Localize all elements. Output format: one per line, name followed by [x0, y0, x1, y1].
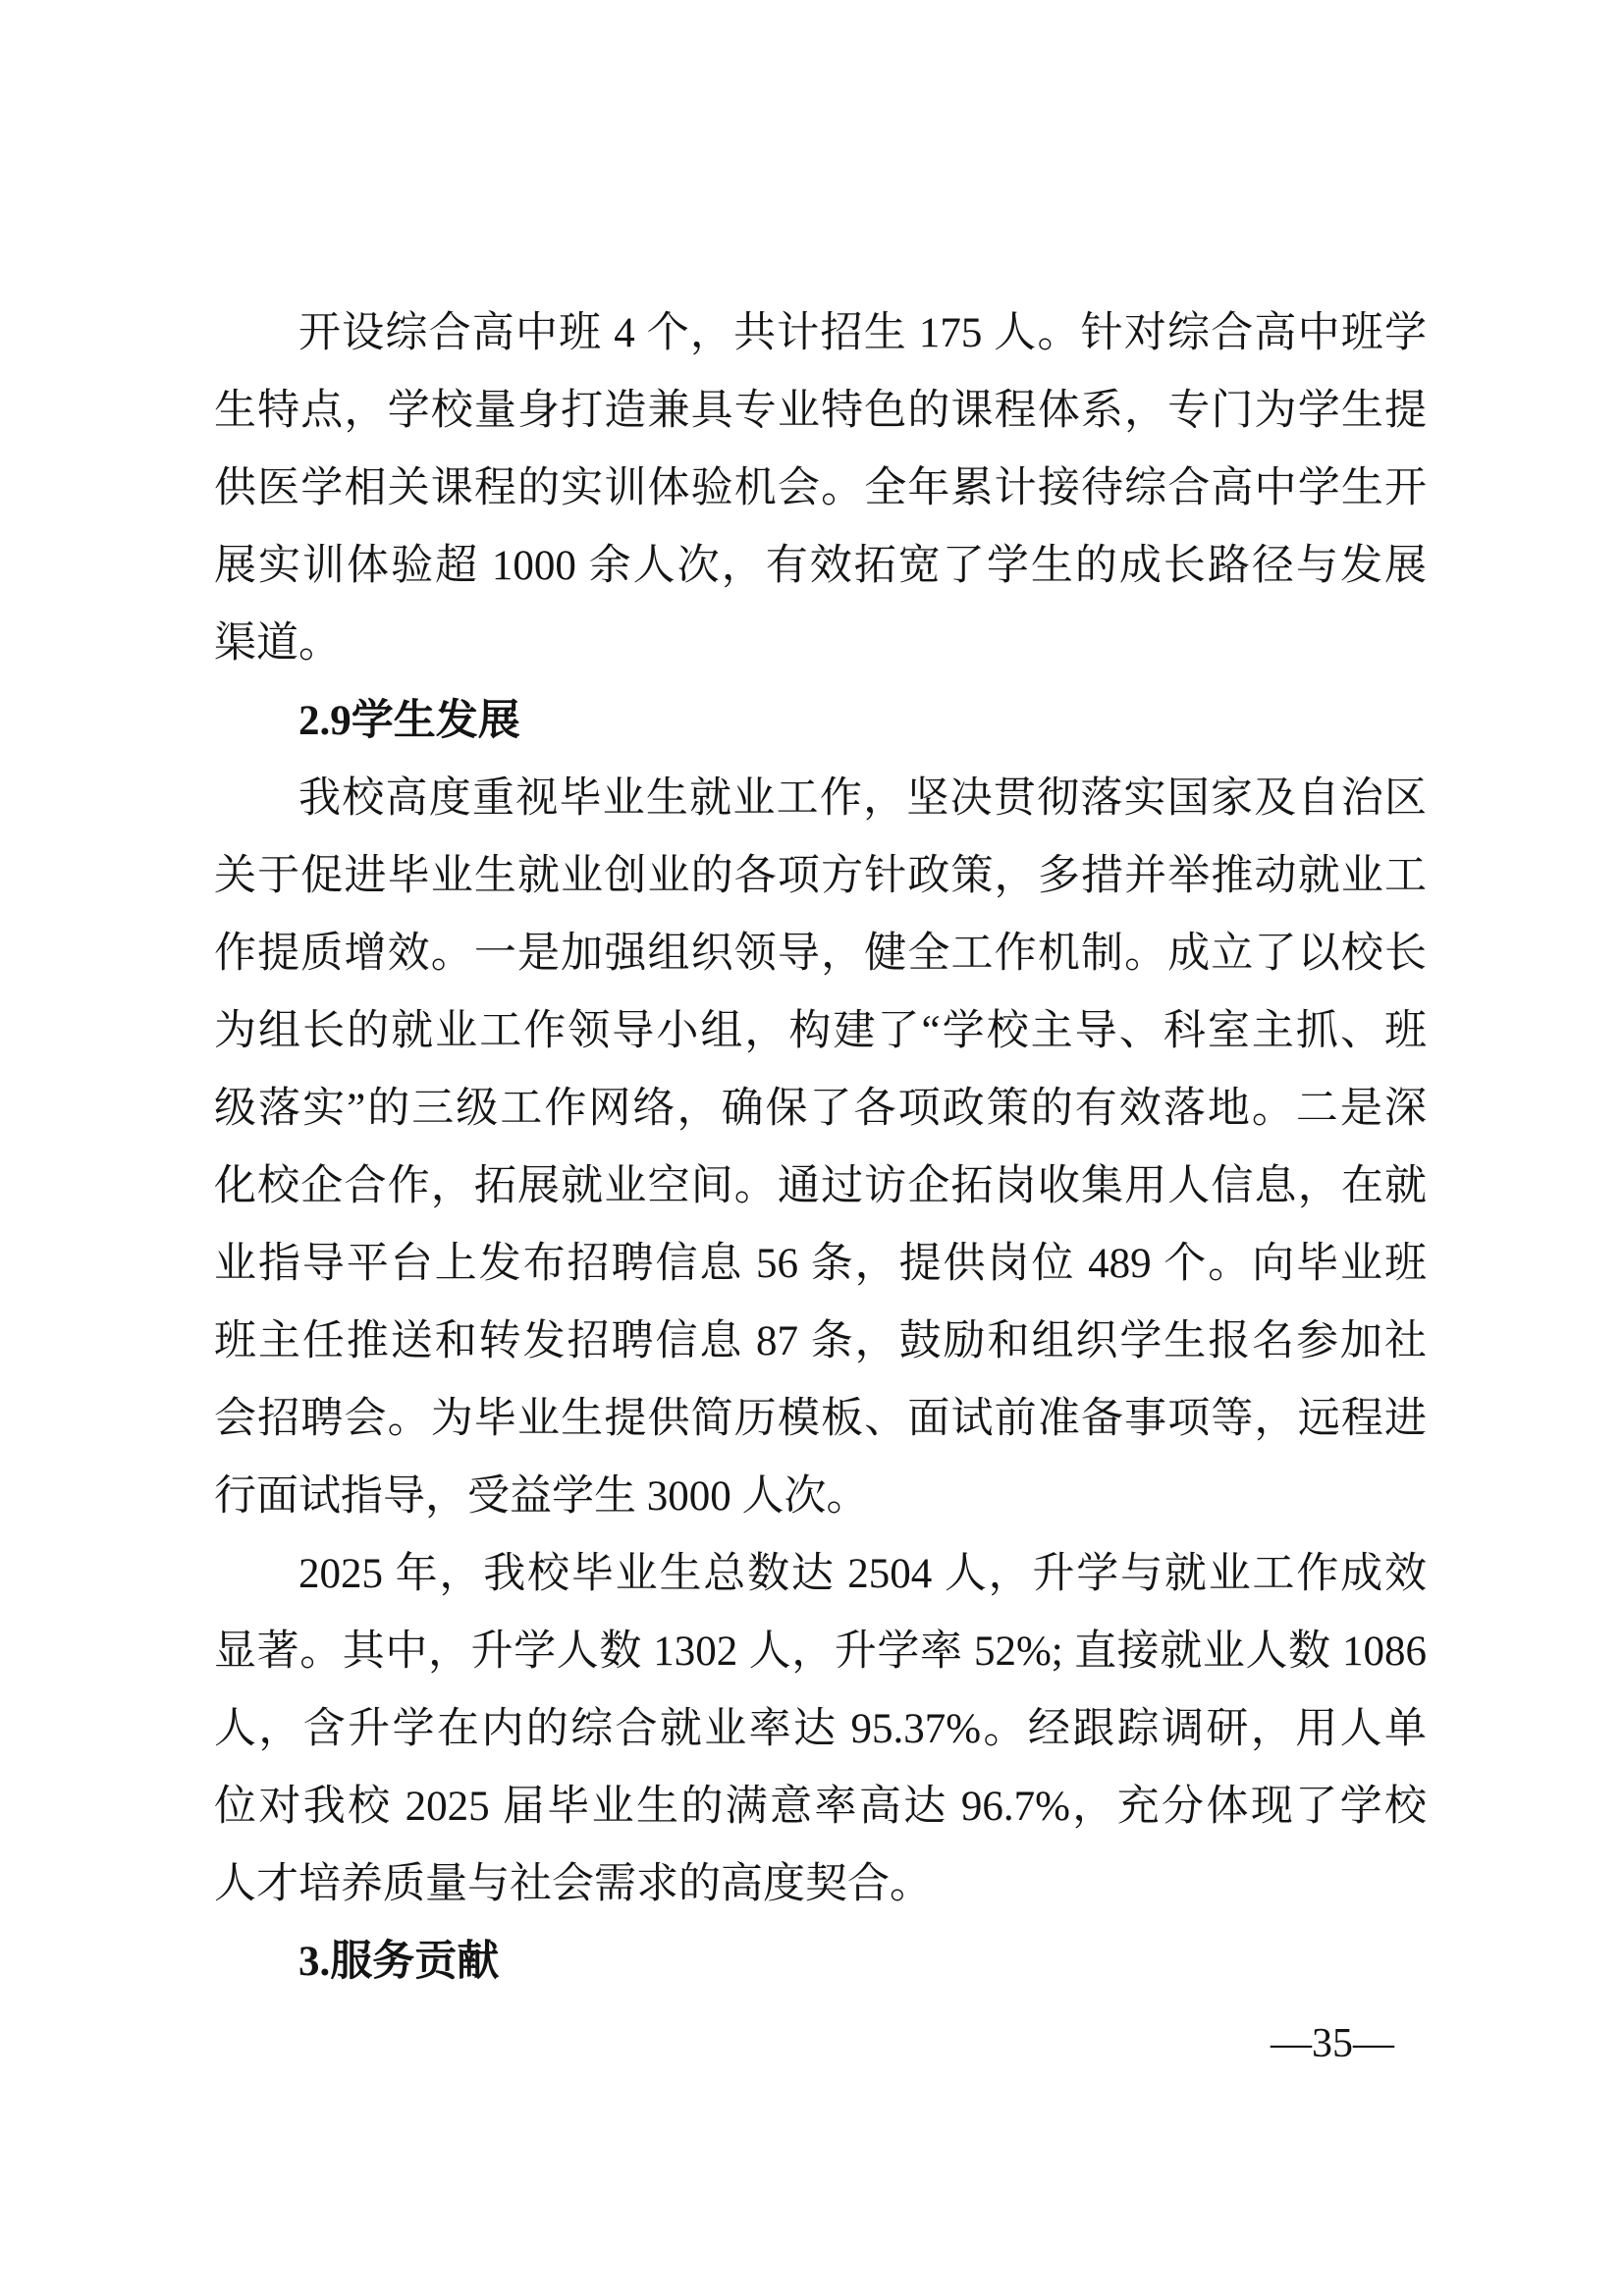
text-line: 业指导平台上发布招聘信息 56 条，提供岗位 489 个。向毕业班 — [214, 1225, 1427, 1303]
text-line: 行面试指导，受益学生 3000 人次。 — [214, 1458, 1427, 1535]
section-heading-student-development: 2.9学生发展 — [214, 682, 1427, 760]
text-line: 化校企合作，拓展就业空间。通过访企拓岗收集用人信息，在就 — [214, 1148, 1427, 1225]
text-line: 我校高度重视毕业生就业工作，坚决贯彻落实国家及自治区 — [214, 760, 1427, 837]
text-line: 展实训体验超 1000 余人次，有效拓宽了学生的成长路径与发展 — [214, 527, 1427, 605]
text-line: 人才培养质量与社会需求的高度契合。 — [214, 1845, 1427, 1923]
text-line: 2025 年，我校毕业生总数达 2504 人，升学与就业工作成效 — [214, 1535, 1427, 1613]
text-line: 班主任推送和转发招聘信息 87 条，鼓励和组织学生报名参加社 — [214, 1303, 1427, 1380]
text-line: 生特点，学校量身打造兼具专业特色的课程体系，专门为学生提 — [214, 372, 1427, 450]
section-heading-service-contribution: 3.服务贡献 — [214, 1923, 1427, 2001]
document-body: 开设综合高中班 4 个，共计招生 175 人。针对综合高中班学 生特点，学校量身… — [214, 294, 1427, 2001]
text-line: 为组长的就业工作领导小组，构建了“学校主导、科室主抓、班 — [214, 992, 1427, 1070]
text-line: 显著。其中，升学人数 1302 人，升学率 52%; 直接就业人数 1086 — [214, 1613, 1427, 1690]
text-line: 位对我校 2025 届毕业生的满意率高达 96.7%，充分体现了学校 — [214, 1768, 1427, 1845]
text-line: 会招聘会。为毕业生提供简历模板、面试前准备事项等，远程进 — [214, 1380, 1427, 1458]
text-line: 开设综合高中班 4 个，共计招生 175 人。针对综合高中班学 — [214, 294, 1427, 372]
text-line: 级落实”的三级工作网络，确保了各项政策的有效落地。二是深 — [214, 1070, 1427, 1148]
text-line: 关于促进毕业生就业创业的各项方针政策，多措并举推动就业工 — [214, 837, 1427, 915]
page-number: —35— — [214, 2014, 1394, 2073]
text-line: 渠道。 — [214, 605, 1427, 682]
text-line: 供医学相关课程的实训体验机会。全年累计接待综合高中学生开 — [214, 450, 1427, 527]
text-line: 人，含升学在内的综合就业率达 95.37%。经跟踪调研，用人单 — [214, 1690, 1427, 1768]
document-page: 开设综合高中班 4 个，共计招生 175 人。针对综合高中班学 生特点，学校量身… — [0, 0, 1623, 2296]
text-line: 作提质增效。一是加强组织领导，健全工作机制。成立了以校长 — [214, 915, 1427, 992]
